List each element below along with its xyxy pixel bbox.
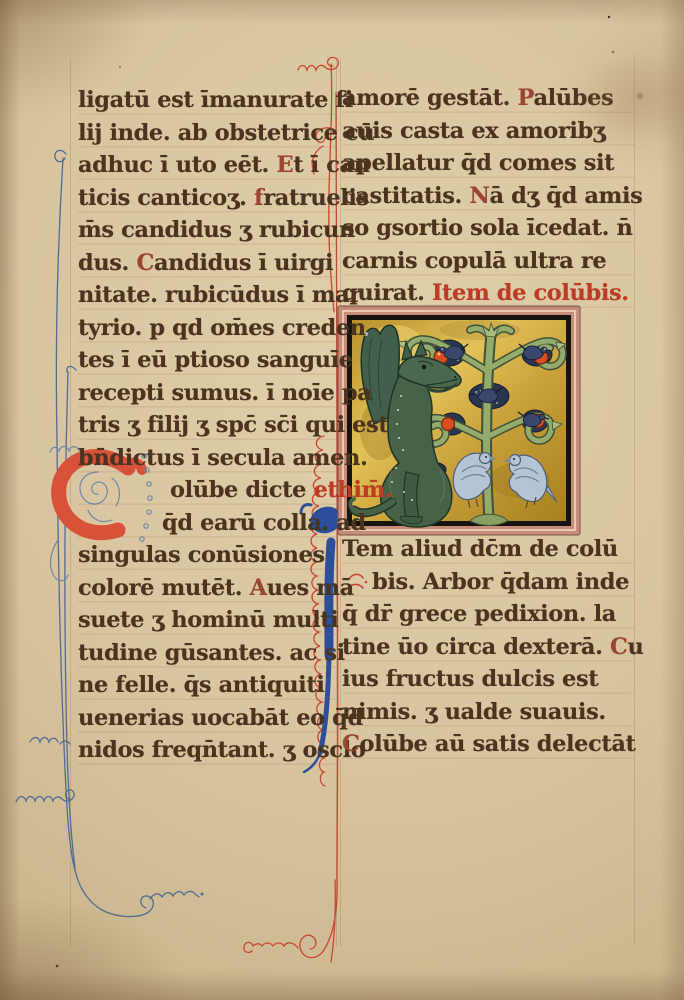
rubric-text: ethim̄. [314,477,393,503]
body-text: auis casta ex amoribʒ [342,118,605,144]
text-line: lij inde. ab obstetrice cū [78,117,336,150]
text-line: so gsortio sola īcedat. n̄ [342,212,634,245]
text-line: uenerias uocabāt eo q̄d [78,702,336,735]
text-line: tes ī eū ptioso sanguīe [78,344,336,377]
text-line: olūbe dicte ethim̄. [78,474,336,507]
text-line: tudine gūsantes. ac si [78,637,336,670]
body-text: colorē mutēt. [78,575,250,601]
manuscript-page: ligatū est īmanurate filij inde. ab obst… [0,0,684,1000]
body-text: N [469,183,489,209]
body-text: recepti sumus. ī noīe pa [78,380,371,406]
text-column-right-top: amorē gestāt. Palūbesauis casta ex amori… [342,82,634,310]
body-text: tris ʒ filij ʒ spc̄ sc̄i qui est [78,412,388,438]
text-line: castitatis. Nā dʒ q̄d amis [342,180,634,213]
text-line: auis casta ex amoribʒ [342,115,634,148]
body-text: singulas conūsiones [78,542,325,568]
body-text: tes ī eū ptioso sanguīe [78,347,353,373]
rubric-text: Item de colūbis. [432,280,629,306]
text-line: suete ʒ hominū multi [78,604,336,637]
text-line: carnis copulā ultra re [342,245,634,278]
body-text: andidus ī uirgi [154,250,333,276]
body-text: E [276,152,293,178]
body-text: nidos freqn̄tant. ʒ osclo [78,737,365,763]
body-text: olūbe aū satis delectāt [360,731,636,757]
body-text: amorē gestāt. [342,85,518,111]
body-text: apellatur q̄d comes sit [342,150,614,176]
text-column-right-bottom: Tem aliud dc̄m de colūbis. Arbor q̄dam i… [342,533,634,761]
dragon-leg [404,472,419,518]
body-text: dus. [78,250,136,276]
body-text: f [254,185,263,211]
text-line: nidos freqn̄tant. ʒ osclo [78,734,336,767]
text-line: nimis. ʒ ualde suauis. [342,696,634,729]
text-line: tyrio. p qd om̄es creden [78,312,336,345]
body-text: nimis. ʒ ualde suauis. [342,699,606,725]
body-text: ā dʒ q̄d amis [490,183,643,209]
body-text: tine ūo circa dexterā. [342,634,610,660]
body-text: ne felle. q̄s antiquiti [78,672,324,698]
body-text: ligatū est īmanurate fi [78,87,353,113]
body-text: C [610,634,628,660]
body-text: q̄d earū colla. ad [162,510,366,536]
text-line: apellatur q̄d comes sit [342,147,634,180]
body-text: C [136,250,154,276]
body-text: ticis canticoʒ. [78,185,254,211]
body-text: adhuc ī uto eēt. [78,152,276,178]
text-line: adhuc ī uto eēt. Et ī can [78,149,336,182]
text-line: recepti sumus. ī noīe pa [78,377,336,410]
text-line: q̄ dr̄ grece pedixion. la [342,598,634,631]
body-text: alūbes [533,85,613,111]
body-text: q̄ dr̄ grece pedixion. la [342,601,616,627]
text-line: tris ʒ filij ʒ spc̄ sc̄i qui est [78,409,336,442]
text-line: q̄d earū colla. ad [78,507,336,540]
body-text: ius fructus dulcis est [342,666,598,692]
body-text: so gsortio sola īcedat. n̄ [342,215,632,241]
text-line: ticis canticoʒ. fratruelis [78,182,336,215]
body-text: P [518,85,534,111]
text-line: singulas conūsiones [78,539,336,572]
text-line: nitate. rubicūdus ī mar [78,279,336,312]
body-text: carnis copulā ultra re [342,248,606,274]
text-line: quirat. Item de colūbis. [342,277,634,310]
body-text: olūbe dicte [170,477,314,503]
body-text: quirat. [342,280,432,306]
body-text: C [342,731,360,757]
text-line: Colūbe aū satis delectāt [342,728,634,761]
text-line: dus. Candidus ī uirgi [78,247,336,280]
text-line: colorē mutēt. Aues mā [78,572,336,605]
text-line: ne felle. q̄s antiquiti [78,669,336,702]
text-line: ius fructus dulcis est [342,663,634,696]
text-line: m̄s candidus ʒ rubicun [78,214,336,247]
body-text: tyrio. p qd om̄es creden [78,315,366,341]
body-text: A [250,575,267,601]
body-text: castitatis. [342,183,469,209]
body-text: suete ʒ hominū multi [78,607,338,633]
text-line: bis. Arbor q̄dam inde [342,566,634,599]
body-text: bis. Arbor q̄dam inde [372,569,629,595]
text-line: Tem aliud dc̄m de colū [342,533,634,566]
body-text: u [627,634,643,660]
body-text: ues mā [267,575,354,601]
body-text: lij inde. ab obstetrice cū [78,120,374,146]
text-line: bn̄dictus ī secula amen. [78,442,336,475]
body-text: uenerias uocabāt eo q̄d [78,705,363,731]
body-text: Tem aliud dc̄m de colū [342,536,618,562]
text-line: amorē gestāt. Palūbes [342,82,634,115]
body-text: nitate. rubicūdus ī mar [78,282,361,308]
text-line: tine ūo circa dexterā. Cu [342,631,634,664]
text-column-left: ligatū est īmanurate filij inde. ab obst… [78,84,336,767]
body-text: tudine gūsantes. ac si [78,640,345,666]
body-text: bn̄dictus ī secula amen. [78,445,367,471]
body-text: m̄s candidus ʒ rubicun [78,217,355,243]
text-line: ligatū est īmanurate fi [78,84,336,117]
